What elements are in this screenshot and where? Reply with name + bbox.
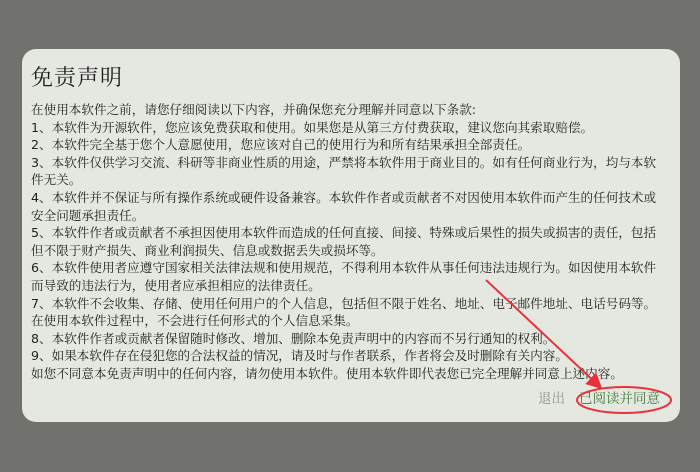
clause-6: 6、本软件使用者应遵守国家相关法律法规和使用规范，不得利用本软件从事任何违法违规… [31,259,662,294]
clause-1: 1、本软件为开源软件，您应该免费获取和使用。如果您是从第三方付费获取，建议您向其… [31,119,662,137]
disclaimer-dialog: 免责声明 在使用本软件之前，请您仔细阅读以下内容，并确保您充分理解并同意以下条款… [22,49,680,422]
exit-button[interactable]: 退出 [538,390,565,408]
dialog-actions: 退出 已阅读并同意 [538,390,660,408]
clause-8: 8、本软件作者或贡献者保留随时修改、增加、删除本免责声明中的内容而不另行通知的权… [31,330,662,348]
clause-3: 3、本软件仅供学习交流、科研等非商业性质的用途，严禁将本软件用于商业目的。如有任… [31,154,662,189]
closing-text: 如您不同意本免责声明中的任何内容，请勿使用本软件。使用本软件即代表您已完全理解并… [31,365,662,383]
clause-4: 4、本软件并不保证与所有操作系统或硬件设备兼容。本软件作者或贡献者不对因使用本软… [31,189,662,224]
clause-5: 5、本软件作者或贡献者不承担因使用本软件而造成的任何直接、间接、特殊或后果性的损… [31,224,662,259]
dialog-title: 免责声明 [31,65,670,93]
clause-9: 9、如果本软件存在侵犯您的合法权益的情况，请及时与作者联系，作者将会及时删除有关… [31,347,662,365]
agree-button[interactable]: 已阅读并同意 [579,390,660,408]
clause-2: 2、本软件完全基于您个人意愿使用，您应该对自己的使用行为和所有结果承担全部责任。 [31,136,662,154]
intro-text: 在使用本软件之前，请您仔细阅读以下内容，并确保您充分理解并同意以下条款: [31,101,662,119]
screen: 免责声明 在使用本软件之前，请您仔细阅读以下内容，并确保您充分理解并同意以下条款… [0,0,700,472]
disclaimer-body: 在使用本软件之前，请您仔细阅读以下内容，并确保您充分理解并同意以下条款: 1、本… [31,101,670,383]
clause-7: 7、本软件不会收集、存储、使用任何用户的个人信息，包括但不限于姓名、地址、电子邮… [31,295,662,330]
